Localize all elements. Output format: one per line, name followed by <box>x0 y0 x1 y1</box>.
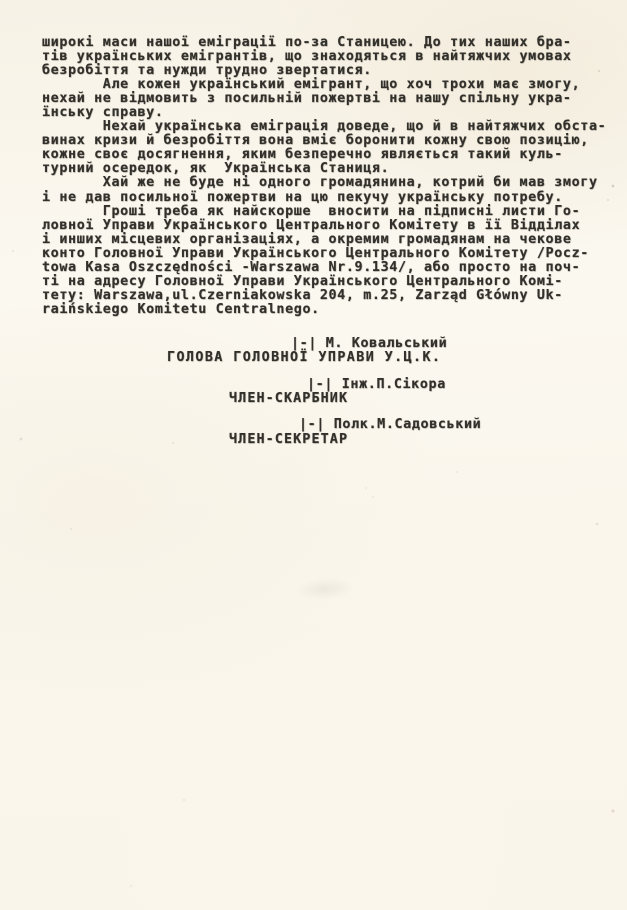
signature-title-secretary: ЧЛЕН-СЕКРЕТАР <box>229 432 348 447</box>
text-line: raińskiego Komitetu Centralnego. <box>42 303 606 317</box>
text-line: ловної Управи Українського Центрального … <box>42 219 606 233</box>
letter-body: широкі маси нашої еміграції по-за Станиц… <box>42 36 606 317</box>
text-line: тів українських емігрантів, що знаходять… <box>42 50 606 64</box>
scan-speckles <box>0 0 2 2</box>
text-line: широкі маси нашої еміграції по-за Станиц… <box>42 36 606 50</box>
scanned-document-page: широкі маси нашої еміграції по-за Станиц… <box>0 0 627 910</box>
signature-sadovskyi: |-| Полк.М.Садовський <box>299 417 481 432</box>
signature-kovalskyi: |-| М. Ковальський <box>291 336 447 351</box>
text-line: тету: Warszawa,ul.Czerniakowska 204, m.2… <box>42 289 606 303</box>
signature-sikora: |-| Інж.П.Сікора <box>307 377 446 392</box>
text-line: і не дав посильної пожертви на цю пекучу… <box>42 191 606 205</box>
text-line: і инших місцевих організаціях, а окремим… <box>42 233 606 247</box>
text-line: towa Kasa Oszczędności -Warszawa Nr.9.13… <box>42 261 606 275</box>
scan-smudge <box>294 576 355 602</box>
text-line: Гроші треба як найскорше вносити на підп… <box>42 205 606 219</box>
signature-title-treasurer: ЧЛЕН-СКАРБНИК <box>229 391 348 406</box>
signature-title-head-of-board: ГОЛОВА ГОЛОВНОЇ УПРАВИ У.Ц.К. <box>167 350 441 365</box>
text-line: ті на адресу Головної Управи Українськог… <box>42 275 606 289</box>
text-line: Хай же не буде ні одного громадянина, ко… <box>42 176 606 190</box>
text-line: конто Головної Управи Українського Центр… <box>42 247 606 261</box>
